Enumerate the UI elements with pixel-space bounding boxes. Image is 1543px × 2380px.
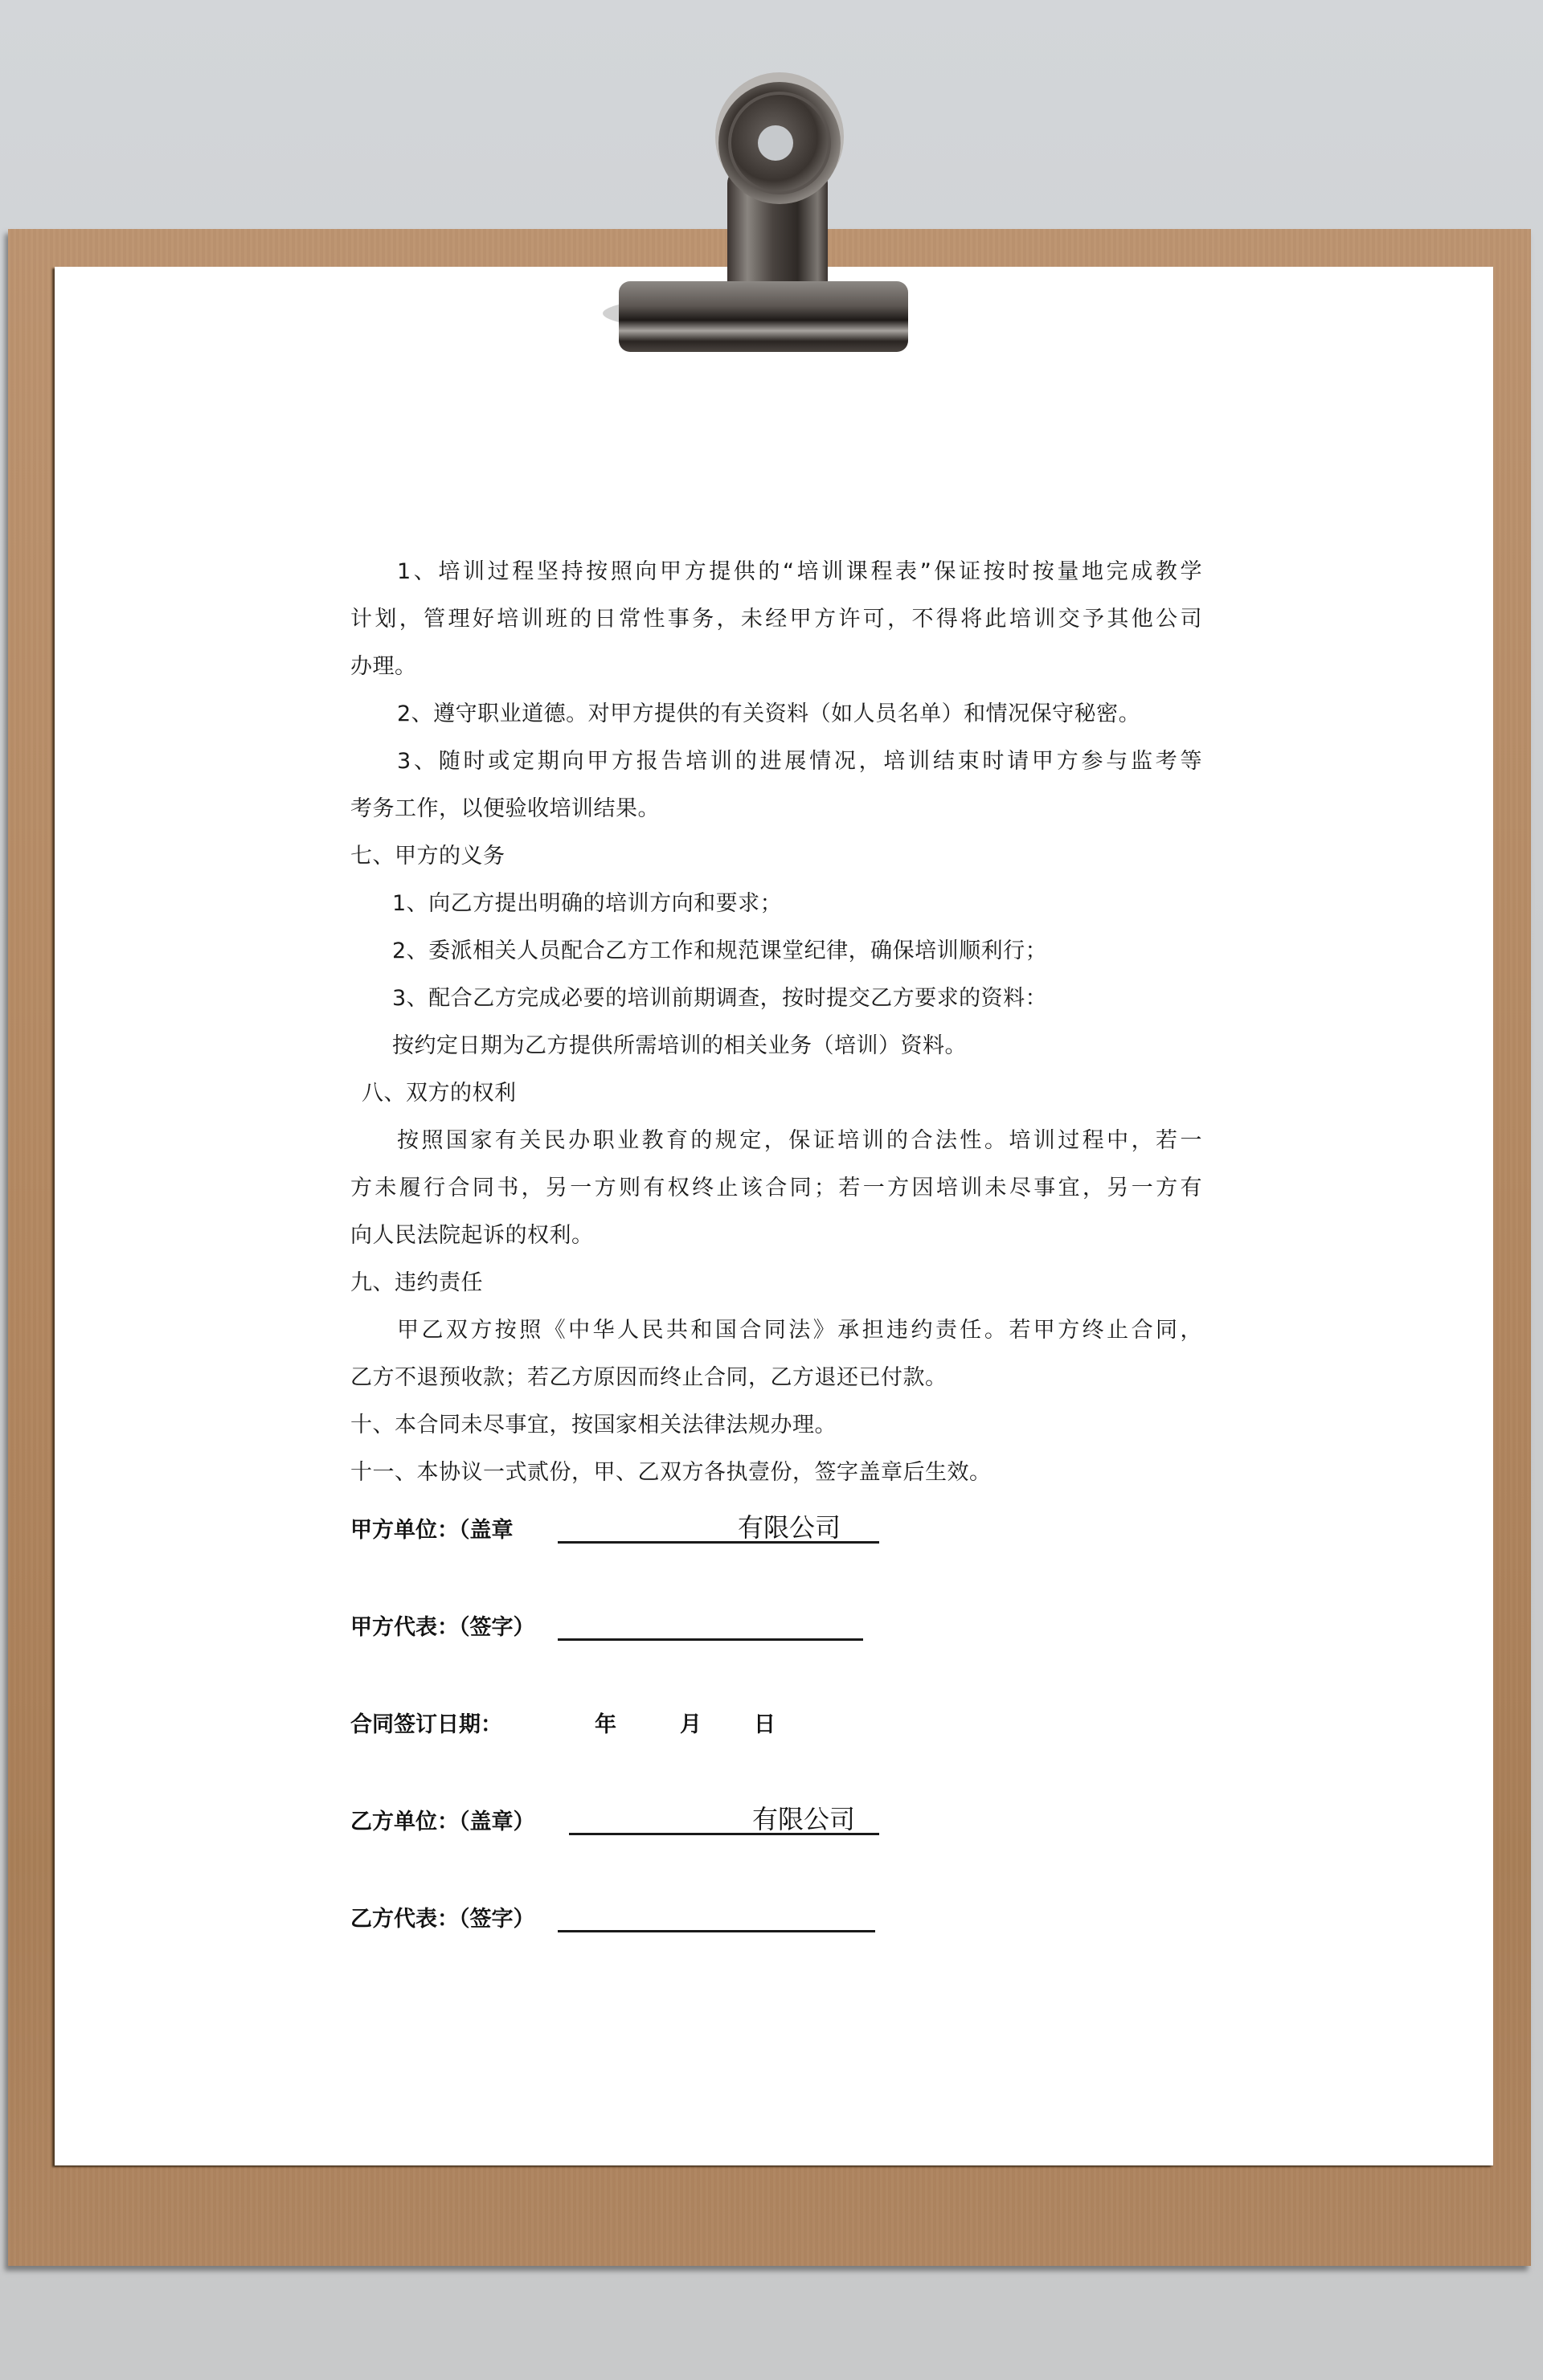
section-heading-8: 八、双方的权利 xyxy=(350,1073,1202,1120)
date-day-label: 日 xyxy=(754,1709,776,1741)
paragraph-line: 向人民法院起诉的权利。 xyxy=(350,1215,1202,1262)
paragraph-line: 2、遵守职业道德。对甲方提供的有关资料（如人员名单）和情况保守秘密。 xyxy=(350,693,1202,741)
party-b-unit-label: 乙方单位：（盖章） xyxy=(350,1806,535,1838)
party-a-signature-field[interactable] xyxy=(558,1609,863,1641)
paragraph-line: 乙方不退预收款；若乙方原因而终止合同，乙方退还已付款。 xyxy=(350,1357,1202,1405)
party-b-unit-row: 乙方单位：（盖章） 有限公司 xyxy=(350,1806,913,1838)
signing-date-row: 合同签订日期： 年 月 日 xyxy=(350,1709,913,1741)
paragraph-line: 按约定日期为乙方提供所需培训的相关业务（培训）资料。 xyxy=(350,1025,1202,1073)
list-item: 2、委派相关人员配合乙方工作和规范课堂纪律，确保培训顺利行； xyxy=(350,930,1202,978)
section-heading-10: 十、本合同未尽事宜，按国家相关法律法规办理。 xyxy=(350,1405,1202,1452)
list-item: 3、配合乙方完成必要的培训前期调查，按时提交乙方要求的资料： xyxy=(350,978,1202,1025)
party-a-unit-field[interactable]: 有限公司 xyxy=(558,1511,879,1544)
party-b-rep-label: 乙方代表：（签字） xyxy=(350,1904,535,1936)
paragraph-line: 甲乙双方按照《中华人民共和国合同法》承担违约责任。若甲方终止合同， xyxy=(350,1310,1202,1357)
list-item: 1、向乙方提出明确的培训方向和要求； xyxy=(350,883,1202,930)
party-b-rep-row: 乙方代表：（签字） xyxy=(350,1904,913,1936)
paragraph-line: 考务工作，以便验收培训结果。 xyxy=(350,788,1202,836)
paragraph-line: 办理。 xyxy=(350,646,1202,693)
party-a-unit-row: 甲方单位：（盖章 有限公司 xyxy=(350,1515,913,1547)
section-heading-11: 十一、本协议一式贰份，甲、乙双方各执壹份，签字盖章后生效。 xyxy=(350,1452,1202,1499)
party-a-rep-row: 甲方代表：（签字） xyxy=(350,1612,913,1644)
paragraph-line: 计划，管理好培训班的日常性事务，未经甲方许可，不得将此培训交予其他公司 xyxy=(350,599,1202,646)
date-month-label: 月 xyxy=(680,1709,702,1741)
paragraph-line: 1、培训过程坚持按照向甲方提供的“培训课程表”保证按时按量地完成教学 xyxy=(350,551,1202,599)
paragraph-line: 按照国家有关民办职业教育的规定，保证培训的合法性。培训过程中，若一 xyxy=(350,1120,1202,1168)
section-heading-7: 七、甲方的义务 xyxy=(350,836,1202,883)
signing-date-label: 合同签订日期： xyxy=(350,1709,502,1741)
paragraph-line: 3、随时或定期向甲方报告培训的进展情况，培训结束时请甲方参与监考等 xyxy=(350,741,1202,788)
party-b-unit-field[interactable]: 有限公司 xyxy=(569,1803,879,1835)
binder-clip-icon xyxy=(579,48,948,354)
paragraph-line: 方未履行合同书，另一方则有权终止该合同；若一方因培训未尽事宜，另一方有 xyxy=(350,1168,1202,1215)
section-heading-9: 九、违约责任 xyxy=(350,1262,1202,1310)
contract-body: 1、培训过程坚持按照向甲方提供的“培训课程表”保证按时按量地完成教学 计划，管理… xyxy=(350,551,1202,1499)
date-year-label: 年 xyxy=(595,1709,616,1741)
party-b-signature-field[interactable] xyxy=(558,1900,875,1932)
party-a-unit-label: 甲方单位：（盖章 xyxy=(350,1515,514,1547)
party-a-rep-label: 甲方代表：（签字） xyxy=(350,1612,535,1644)
